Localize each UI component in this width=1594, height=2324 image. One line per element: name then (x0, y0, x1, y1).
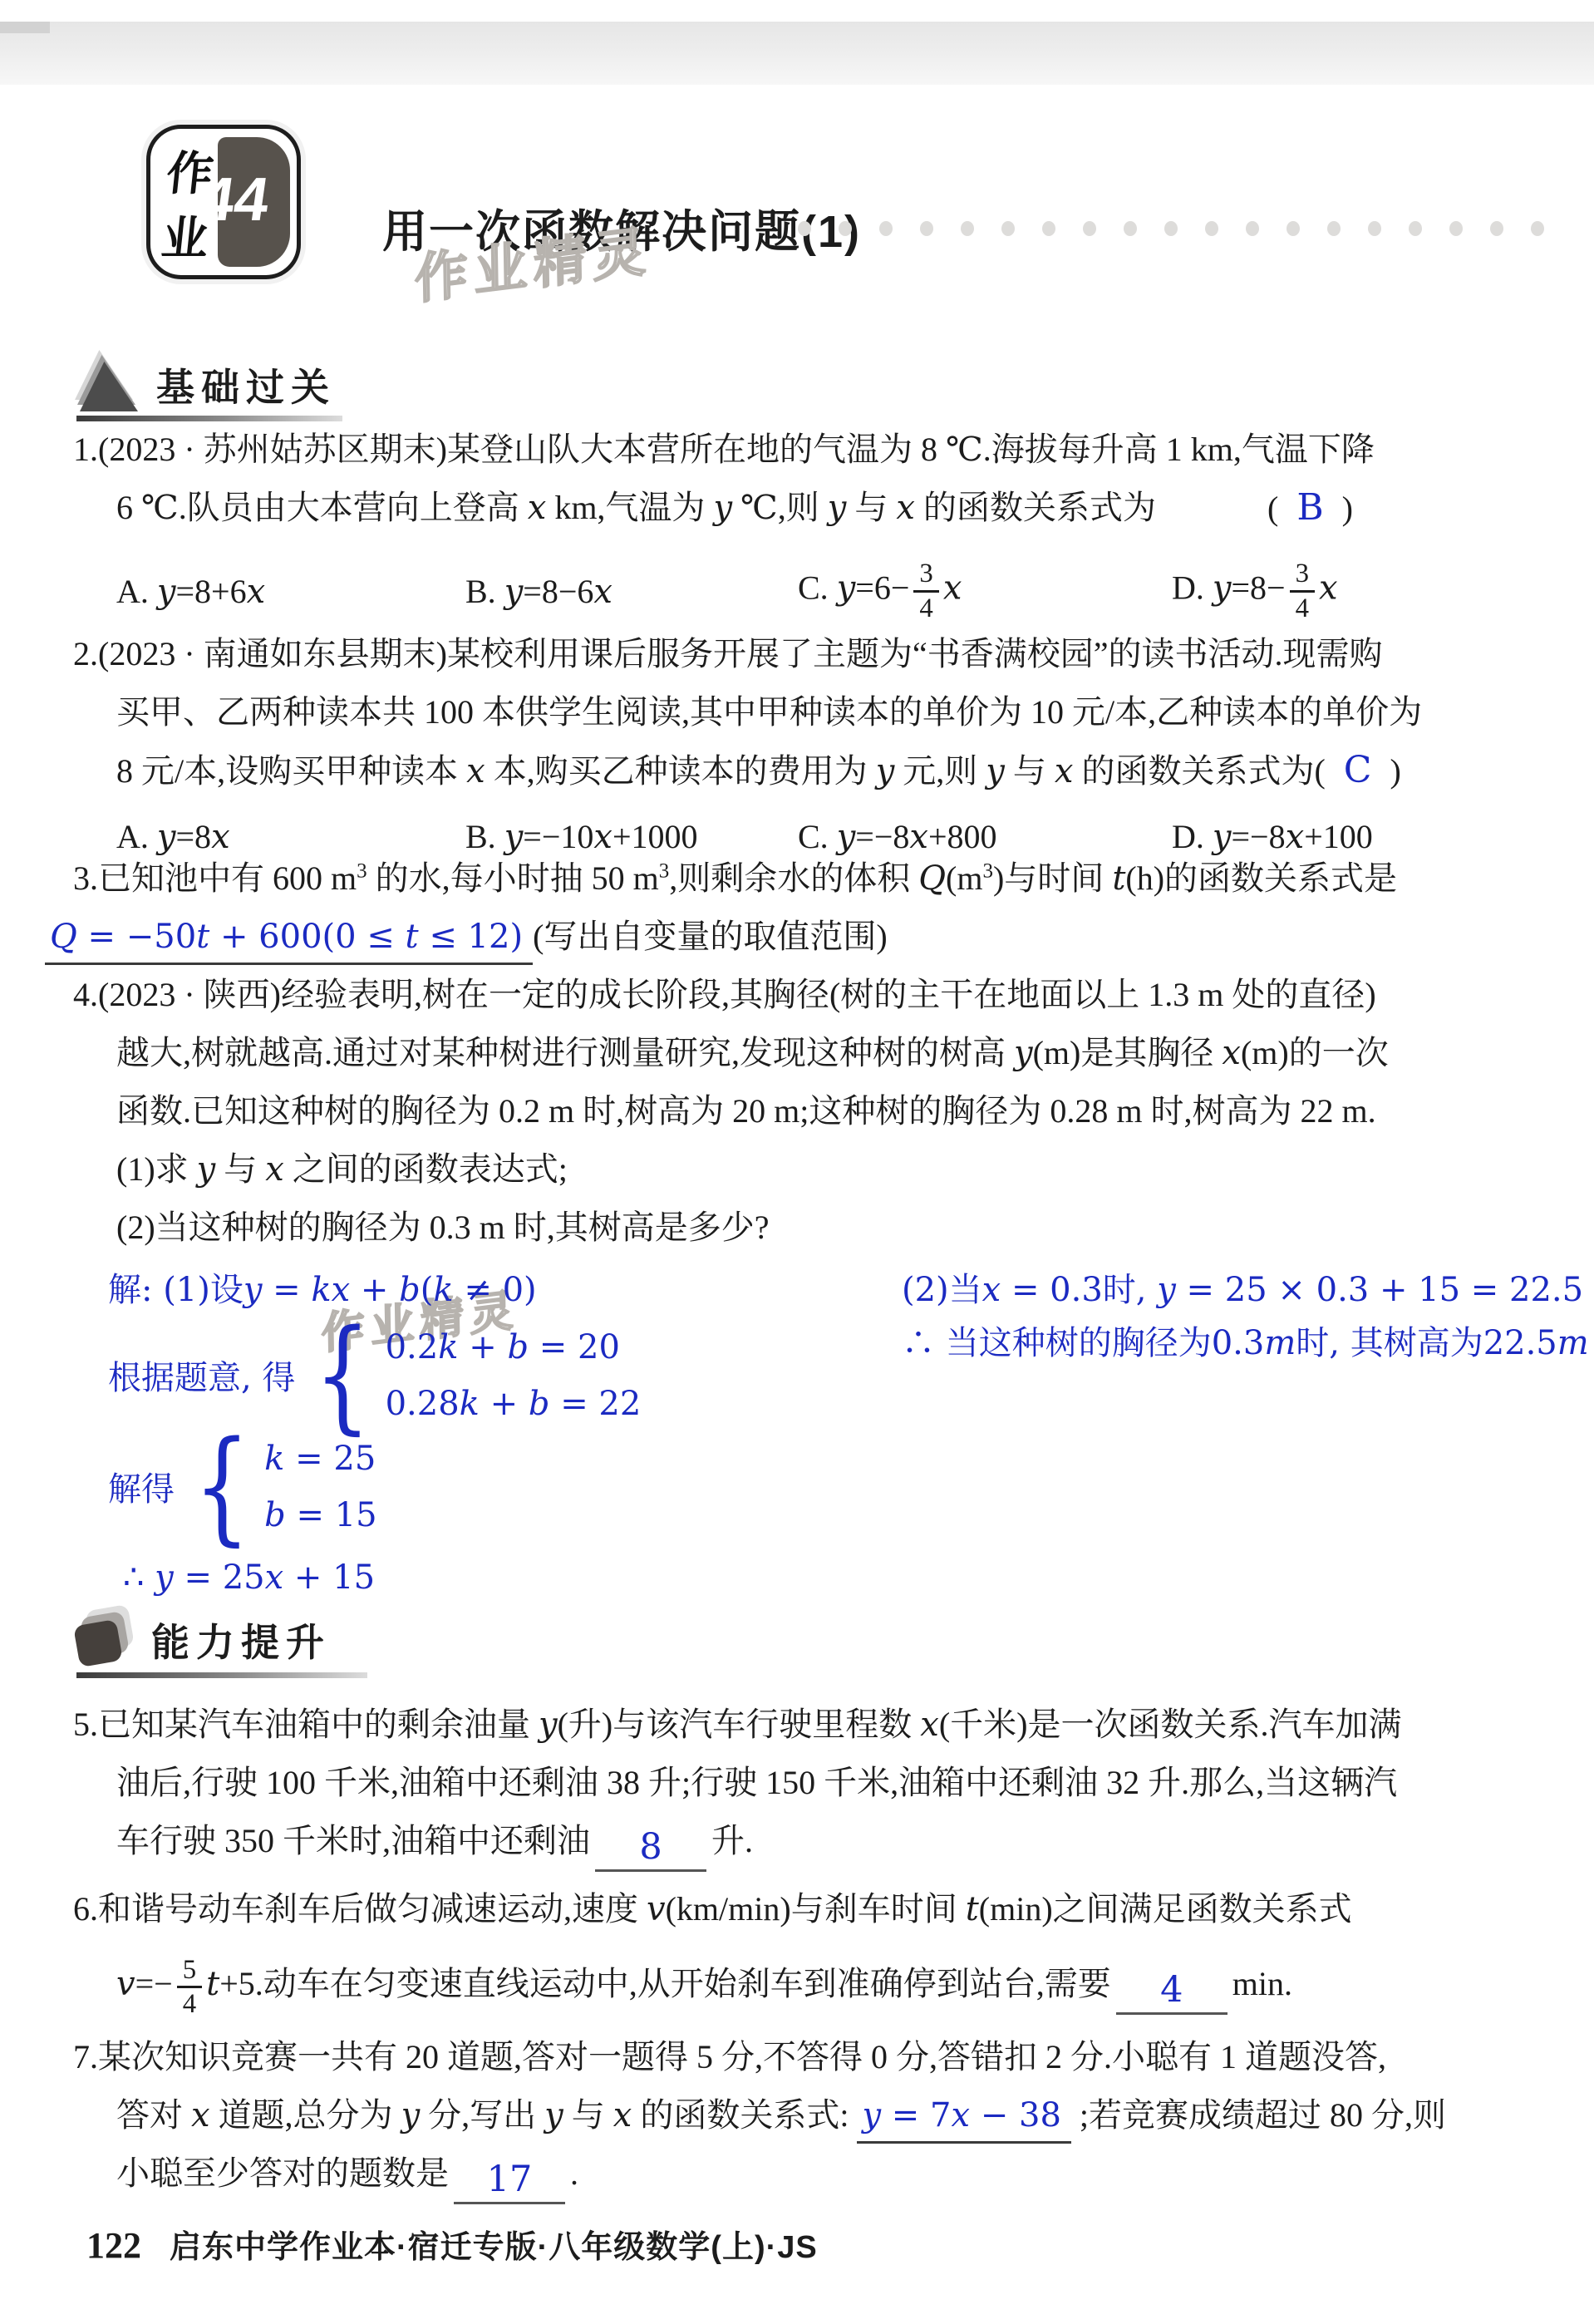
problem-7: 7.某次知识竞赛一共有 20 道题,答对一题得 5 分,不答得 0 分,答错扣 … (73, 2028, 1561, 2204)
text-segment: y (862, 2096, 881, 2134)
text-segment: b (399, 1271, 421, 1309)
text-segment: 函数.已知这种树的胸径为 0.2 m 时,树高为 20 m;这种树的胸径为 0.… (116, 1092, 1376, 1130)
text-segment: 本,购买乙种读本的费用为 (485, 752, 876, 790)
text-segment: = 25 (174, 1558, 265, 1597)
text-segment: B. (465, 573, 504, 610)
text-segment: t (406, 918, 419, 956)
text-segment: y (244, 1271, 263, 1309)
problem-line-text: ;若竞赛成绩超过 80 分,则 (1080, 2096, 1446, 2134)
text-segment: (m)是其胸径 (1033, 1034, 1223, 1071)
left-brace: { (315, 1323, 371, 1428)
text-segment: ( (1267, 490, 1278, 527)
text-segment: x (982, 1271, 1001, 1309)
handwritten-answer: y = 7x − 38 (857, 2096, 1070, 2144)
text-segment: . (570, 2154, 578, 2192)
decorative-dot (1449, 221, 1463, 236)
decorative-dot (1246, 221, 1259, 236)
solution-label: 解得 (108, 1463, 175, 1510)
text-segment: y (713, 489, 732, 527)
text-segment: 越大,树就越高.通过对某种树进行测量研究,发现这种树的树高 (116, 1034, 1014, 1071)
text-segment: A. (116, 573, 157, 610)
text-segment: k (460, 1385, 480, 1423)
text-segment: (2)当 (902, 1271, 982, 1309)
assignment-badge: 作 业 44 (146, 125, 301, 279)
text-segment: m (1264, 1324, 1296, 1362)
text-segment: k (264, 1440, 284, 1478)
problem-line: 6.和谐号动车刹车后做匀减速运动,速度 v(km/min)与刹车时间 t(min… (73, 1880, 1561, 1938)
text-segment: 8 元/本,设购买甲种读本 (116, 752, 466, 790)
solution-line: 解: (1)设y = kx + b(k ≠ 0) (108, 1263, 906, 1317)
problem-line: 6 ℃.队员由大本营向上登高 x km,气温为 y ℃,则 y 与 x 的函数关… (73, 479, 1561, 538)
text-segment: ) (1342, 490, 1353, 527)
problem-line: 4.(2023 · 陕西)经验表明,树在一定的成长阶段,其胸径(树的主干在地面以… (73, 966, 1561, 1024)
denominator: 4 (919, 593, 932, 624)
section-underline (76, 1672, 367, 1678)
system-rows: 0.2k + b = 20 0.28k + b = 22 (386, 1326, 642, 1425)
text-segment: y (828, 489, 847, 527)
answer-blank: 4 (1116, 1972, 1227, 2015)
system-rows: k = 25 b = 15 (264, 1437, 376, 1537)
text-segment: 道题,总分为 (210, 2096, 401, 2134)
text-segment: ∴ (123, 1558, 155, 1597)
decorative-dot (1042, 221, 1055, 236)
text-segment: ℃,则 (732, 489, 828, 526)
answer-choice: (B) (1267, 479, 1353, 538)
text-segment: x (920, 1706, 939, 1744)
section-underline (76, 416, 342, 421)
text-segment: + (458, 1328, 507, 1366)
option-b: B. y=8−6x (465, 572, 798, 611)
solution-conclusion: ∴ y = 25x + 15 (123, 1551, 906, 1604)
fraction: 34 (1290, 559, 1315, 623)
text-segment: 2.(2023 · 南通如东县期末)某校利用课后服务开展了主题为“书香满校园”的… (73, 635, 1382, 672)
answer-blank: 17 (454, 2161, 565, 2204)
text-segment: =6− (855, 569, 909, 606)
problem-subquestion-1: (1)求 y 与 x 之间的函数表达式; (73, 1140, 1561, 1199)
text-segment: = 0.3时, (1001, 1271, 1157, 1309)
text-segment: = 15 (286, 1496, 377, 1534)
text-segment: y (544, 2096, 563, 2134)
solution-label: 根据题意, 得 (108, 1352, 295, 1399)
decorative-dot (839, 221, 852, 236)
decorative-dot (920, 221, 933, 236)
problem-line: 买甲、乙两种读本共 100 本供学生阅读,其中甲种读本的单价为 10 元/本,乙… (73, 683, 1561, 741)
text-segment: y (986, 752, 1005, 790)
text-segment: 3 (659, 860, 670, 883)
problem-line: 小聪至少答对的题数是17. (73, 2144, 1561, 2204)
text-segment: 4.(2023 · 陕西)经验表明,树在一定的成长阶段,其胸径(树的主干在地面以… (73, 976, 1376, 1013)
solution-conclusion: ∴ 当这种树的胸径为0.3m时, 其树高为22.5m (902, 1317, 1567, 1370)
problem-line: 答对 x 道题,总分为 y 分,写出 y 与 x 的函数关系式: y = 7x … (73, 2086, 1561, 2144)
text-segment: x (1055, 752, 1074, 790)
solution-right-column: (2)当x = 0.3时, y = 25 × 0.3 + 15 = 22.5 ∴… (902, 1263, 1567, 1370)
section-basic-title: 基础过关 (156, 357, 336, 412)
text-segment: 3 (357, 860, 367, 883)
text-segment: (1)求 (116, 1150, 197, 1188)
text-segment: b (529, 1385, 550, 1423)
answer-letter: C (1326, 749, 1390, 791)
problem-line: 5.已知某汽车油箱中的剩余油量 y(升)与该汽车行驶里程数 x(千米)是一次函数… (73, 1696, 1561, 1754)
decorative-dot (1368, 221, 1381, 236)
stacked-cube-icon (73, 1613, 135, 1667)
text-segment: x (613, 2096, 632, 2134)
problem-line: 8 元/本,设购买甲种读本 x 本,购买乙种读本的费用为 y 元,则 y 与 x… (73, 741, 1561, 800)
solution-line: (2)当x = 0.3时, y = 25 × 0.3 + 15 = 22.5 (902, 1263, 1567, 1317)
text-segment: + 15 (283, 1558, 375, 1597)
text-segment: (升)与该汽车行驶里程数 (558, 1706, 921, 1743)
text-segment: b (507, 1328, 529, 1366)
decorative-dot (1409, 221, 1422, 236)
text-segment: 小聪至少答对的题数是 (116, 2154, 449, 2192)
answer-note: (写出自变量的取值范围) (533, 918, 888, 955)
answer-blank: 8 (595, 1829, 706, 1872)
text-segment: 6 ℃.队员由大本营向上登高 (116, 489, 528, 526)
problem-line: 越大,树就越高.通过对某种树进行测量研究,发现这种树的树高 y(m)是其胸径 x… (73, 1024, 1561, 1082)
text-segment: x (943, 569, 962, 607)
text-segment: 答对 (116, 2096, 191, 2134)
solution-left-column: 解: (1)设y = kx + b(k ≠ 0) 根据题意, 得 { 0.2k … (108, 1263, 906, 1604)
text-segment: ≠ 0) (454, 1271, 537, 1309)
problem-answer-line: Q = −50t + 600(0 ≤ t ≤ 12)(写出自变量的取值范围) (45, 908, 1561, 966)
text-segment: =8−6 (523, 573, 593, 610)
text-segment: x (1222, 1034, 1241, 1072)
decorative-dot (1287, 221, 1300, 236)
text-segment: = (262, 1271, 311, 1309)
text-segment: x (265, 1558, 284, 1597)
text-segment: =8− (1232, 569, 1286, 606)
text-segment: 的水,每小时抽 50 m (367, 859, 659, 897)
text-segment: +5.动车在匀变速直线运动中,从开始刹车到准确停到站台,需要 (219, 1965, 1111, 2002)
text-segment: k (433, 1271, 453, 1309)
text-segment: 油后,行驶 100 千米,油箱中还剩油 38 升;行驶 150 千米,油箱中还剩… (116, 1764, 1397, 1801)
text-segment: + (480, 1385, 529, 1423)
problem-3: 3.已知池中有 600 m3 的水,每小时抽 50 m3,则剩余水的体积 Q(m… (73, 849, 1561, 966)
denominator: 4 (1296, 593, 1309, 624)
text-segment: 7.某次知识竞赛一共有 20 道题,答对一题得 5 分,不答得 0 分,答错扣 … (73, 2038, 1386, 2075)
scan-top-band (0, 22, 1594, 85)
text-segment: D. (1172, 569, 1213, 606)
text-segment: 的函数关系式为 (915, 489, 1156, 526)
text-segment: 3 (982, 860, 993, 883)
text-segment: ( (421, 1271, 434, 1309)
text-segment: 与 (846, 489, 896, 526)
text-segment: x (466, 752, 485, 790)
assignment-number: 44 (195, 164, 273, 234)
text-segment: t (196, 918, 209, 956)
decorative-dot (1205, 221, 1218, 236)
cube-layer (73, 1619, 123, 1667)
text-segment: 1.(2023 · 苏州姑苏区期末)某登山队大本营所在地的气温为 8 ℃.海拔每… (73, 431, 1375, 468)
text-segment: x (247, 573, 266, 611)
text-segment: Q (918, 859, 946, 898)
text-segment: = 20 (529, 1328, 620, 1366)
text-segment: 5.已知某汽车油箱中的剩余油量 (73, 1706, 539, 1743)
text-segment: b (264, 1496, 286, 1534)
numerator: 3 (913, 559, 938, 593)
text-segment: y (197, 1150, 216, 1189)
text-segment: )与时间 (993, 859, 1112, 897)
text-segment: x (528, 489, 547, 527)
problem-1: 1.(2023 · 苏州姑苏区期末)某登山队大本营所在地的气温为 8 ℃.海拔每… (73, 421, 1561, 639)
text-segment: 元,则 (894, 752, 986, 790)
section-advanced-title: 能力提升 (151, 1613, 331, 1667)
decorative-dot (1490, 221, 1503, 236)
problem-2: 2.(2023 · 南通如东县期末)某校利用课后服务开展了主题为“书香满校园”的… (73, 625, 1561, 867)
text-segment: y (876, 752, 895, 790)
text-segment: (km/min)与刹车时间 (666, 1890, 966, 1928)
workbook-page: { "header": { "badge_top": "作", "badge_b… (0, 0, 1594, 2324)
text-segment: x (896, 489, 915, 527)
text-segment: (m (946, 859, 982, 897)
problem-line: 1.(2023 · 苏州姑苏区期末)某登山队大本营所在地的气温为 8 ℃.海拔每… (73, 421, 1561, 479)
problem-6: 6.和谐号动车刹车后做匀减速运动,速度 v(km/min)与刹车时间 t(min… (73, 1880, 1561, 2030)
text-segment: =− (135, 1965, 173, 2002)
text-segment: 0.2 (386, 1328, 439, 1366)
text-segment: x (1319, 569, 1338, 607)
text-segment: 时, 其树高为22.5 (1296, 1324, 1557, 1362)
text-segment: v (116, 1965, 135, 2003)
equation: 0.28k + b = 22 (386, 1382, 642, 1425)
problem-5: 5.已知某汽车油箱中的剩余油量 y(升)与该汽车行驶里程数 x(千米)是一次函数… (73, 1696, 1561, 1872)
problem-4: 4.(2023 · 陕西)经验表明,树在一定的成长阶段,其胸径(树的主干在地面以… (73, 966, 1561, 1257)
text-segment: y (401, 2096, 421, 2134)
problem-line: 车行驶 350 千米时,油箱中还剩油8升. (73, 1812, 1561, 1872)
text-segment: x (593, 573, 613, 611)
text-segment: 的函数关系式为( (1073, 752, 1325, 790)
text-segment: = 22 (549, 1385, 641, 1423)
decorative-dot (1164, 221, 1178, 236)
text-segment: Q (50, 918, 77, 956)
denominator: 4 (183, 1988, 196, 2020)
text-segment: 解: (1)设 (108, 1271, 244, 1309)
text-segment: y (504, 573, 524, 611)
text-segment: = −50 (77, 918, 196, 956)
equation: 0.2k + b = 20 (386, 1326, 642, 1369)
text-segment: km,气温为 (546, 489, 713, 526)
numerator: 5 (177, 1955, 202, 1989)
text-segment: 的函数关系式: (632, 2096, 849, 2134)
page-footer: 122 启东中学作业本·宿迁专版·八年级数学(上)·JS (86, 2221, 818, 2267)
text-segment: 与 (215, 1150, 265, 1188)
text-segment: = 7 (881, 2096, 951, 2134)
left-brace: { (194, 1435, 250, 1539)
text-segment: − 38 (970, 2096, 1061, 2134)
text-segment: (min)之间满足函数关系式 (979, 1890, 1352, 1928)
text-segment: 与 (1005, 752, 1055, 790)
text-segment: v (647, 1890, 666, 1928)
text-segment: ,则剩余水的体积 (669, 859, 918, 897)
text-segment: m (1557, 1324, 1589, 1362)
text-segment: 0.28 (386, 1385, 460, 1423)
text-segment: y (1014, 1034, 1033, 1072)
text-segment: (m)的一次 (1241, 1034, 1389, 1071)
decorative-dot (1124, 221, 1137, 236)
page-header: 作 业 44 用一次函数解决问题(1) (73, 125, 1561, 291)
equation: b = 15 (264, 1494, 376, 1537)
text-segment: y (539, 1706, 558, 1744)
problem-line: 7.某次知识竞赛一共有 20 道题,答对一题得 5 分,不答得 0 分,答错扣 … (73, 2028, 1561, 2086)
decorative-dot (879, 221, 893, 236)
fraction: 54 (177, 1955, 202, 2020)
numerator: 3 (1290, 559, 1315, 593)
text-segment: ∴ 当这种树的胸径为0.3 (902, 1324, 1264, 1362)
section-basic: 基础过关 (73, 349, 336, 421)
handwritten-answer: Q = −50t + 600(0 ≤ t ≤ 12) (45, 918, 533, 965)
text-segment: 分,写出 (420, 2096, 544, 2134)
option-c: C. y=6−34x (798, 559, 1172, 623)
text-segment: =8+6 (176, 573, 247, 610)
text-segment: 与 (563, 2096, 613, 2134)
decorative-dot (1083, 221, 1096, 236)
text-segment: C. (798, 569, 837, 606)
problem-line: 2.(2023 · 南通如东县期末)某校利用课后服务开展了主题为“书香满校园”的… (73, 625, 1561, 683)
decorative-dot (961, 221, 974, 236)
text-segment: y (837, 569, 856, 607)
text-segment: (千米)是一次函数关系.汽车加满 (939, 1706, 1402, 1743)
fraction: 34 (913, 559, 938, 623)
text-segment: t (206, 1965, 219, 2003)
decorative-dot (798, 221, 811, 236)
problem-line: 函数.已知这种树的胸径为 0.2 m 时,树高为 20 m;这种树的胸径为 0.… (73, 1082, 1561, 1140)
option-d: D. y=8−34x (1172, 559, 1338, 623)
text-segment: 之间的函数表达式; (284, 1150, 568, 1188)
text-segment: 升. (711, 1822, 753, 1859)
page-number: 122 (86, 2224, 141, 2267)
text-segment: t (966, 1890, 979, 1928)
decorative-dot (1001, 221, 1015, 236)
text-segment: (h)的函数关系式是 (1125, 859, 1397, 897)
problem-line: 油后,行驶 100 千米,油箱中还剩油 38 升;行驶 150 千米,油箱中还剩… (73, 1754, 1561, 1812)
text-segment: = 25 × 0.3 + 15 = 22.5 (1176, 1271, 1583, 1309)
decorative-dot (1531, 221, 1544, 236)
mountain-icon (73, 357, 140, 413)
problem-line: 3.已知池中有 600 m3 的水,每小时抽 50 m3,则剩余水的体积 Q(m… (73, 849, 1561, 908)
answer-letter: B (1278, 486, 1341, 529)
section-advanced: 能力提升 (73, 1604, 331, 1676)
text-segment: + 600(0 ≤ (209, 918, 405, 956)
text-segment: ≤ 12) (419, 918, 523, 956)
problem-line-text: 6 ℃.队员由大本营向上登高 x km,气温为 y ℃,则 y 与 x 的函数关… (116, 479, 1156, 538)
text-segment: ) (1390, 752, 1400, 790)
text-segment: x (951, 2096, 970, 2134)
text-segment: y (157, 573, 176, 611)
problem-subquestion-2: (2)当这种树的胸径为 0.3 m 时,其树高是多少? (73, 1199, 1561, 1257)
text-segment: 6.和谐号动车刹车后做匀减速运动,速度 (73, 1890, 647, 1928)
book-title: 启东中学作业本·宿迁专版·八年级数学(上)·JS (170, 2221, 818, 2267)
decorative-dot (1327, 221, 1341, 236)
text-segment: y (1213, 569, 1232, 607)
text-segment: x (265, 1150, 284, 1189)
text-segment: 车行驶 350 千米时,油箱中还剩油 (116, 1822, 590, 1859)
spacer (1156, 479, 1267, 538)
text-segment: y (155, 1558, 174, 1597)
equation-system: 根据题意, 得 { 0.2k + b = 20 0.28k + b = 22 (108, 1323, 906, 1428)
text-segment: y (1157, 1271, 1176, 1309)
text-segment: t (1112, 859, 1125, 898)
decorative-dots-row (798, 221, 1544, 236)
problem-line-text: 答对 x 道题,总分为 y 分,写出 y 与 x 的函数关系式: (116, 2096, 849, 2134)
text-segment: k (438, 1328, 458, 1366)
text-segment: (2)当这种树的胸径为 0.3 m 时,其树高是多少? (116, 1209, 770, 1246)
text-segment: min. (1232, 1965, 1292, 2002)
text-segment: 买甲、乙两种读本共 100 本供学生阅读,其中甲种读本的单价为 10 元/本,乙… (116, 693, 1422, 731)
text-segment: x (191, 2096, 210, 2134)
text-segment: 3.已知池中有 600 m (73, 859, 357, 897)
problem-line: v=−54t+5.动车在匀变速直线运动中,从开始刹车到准确停到站台,需要4min… (73, 1938, 1561, 2030)
option-a: A. y=8+6x (116, 572, 465, 611)
equation-system: 解得 { k = 25 b = 15 (108, 1435, 906, 1539)
